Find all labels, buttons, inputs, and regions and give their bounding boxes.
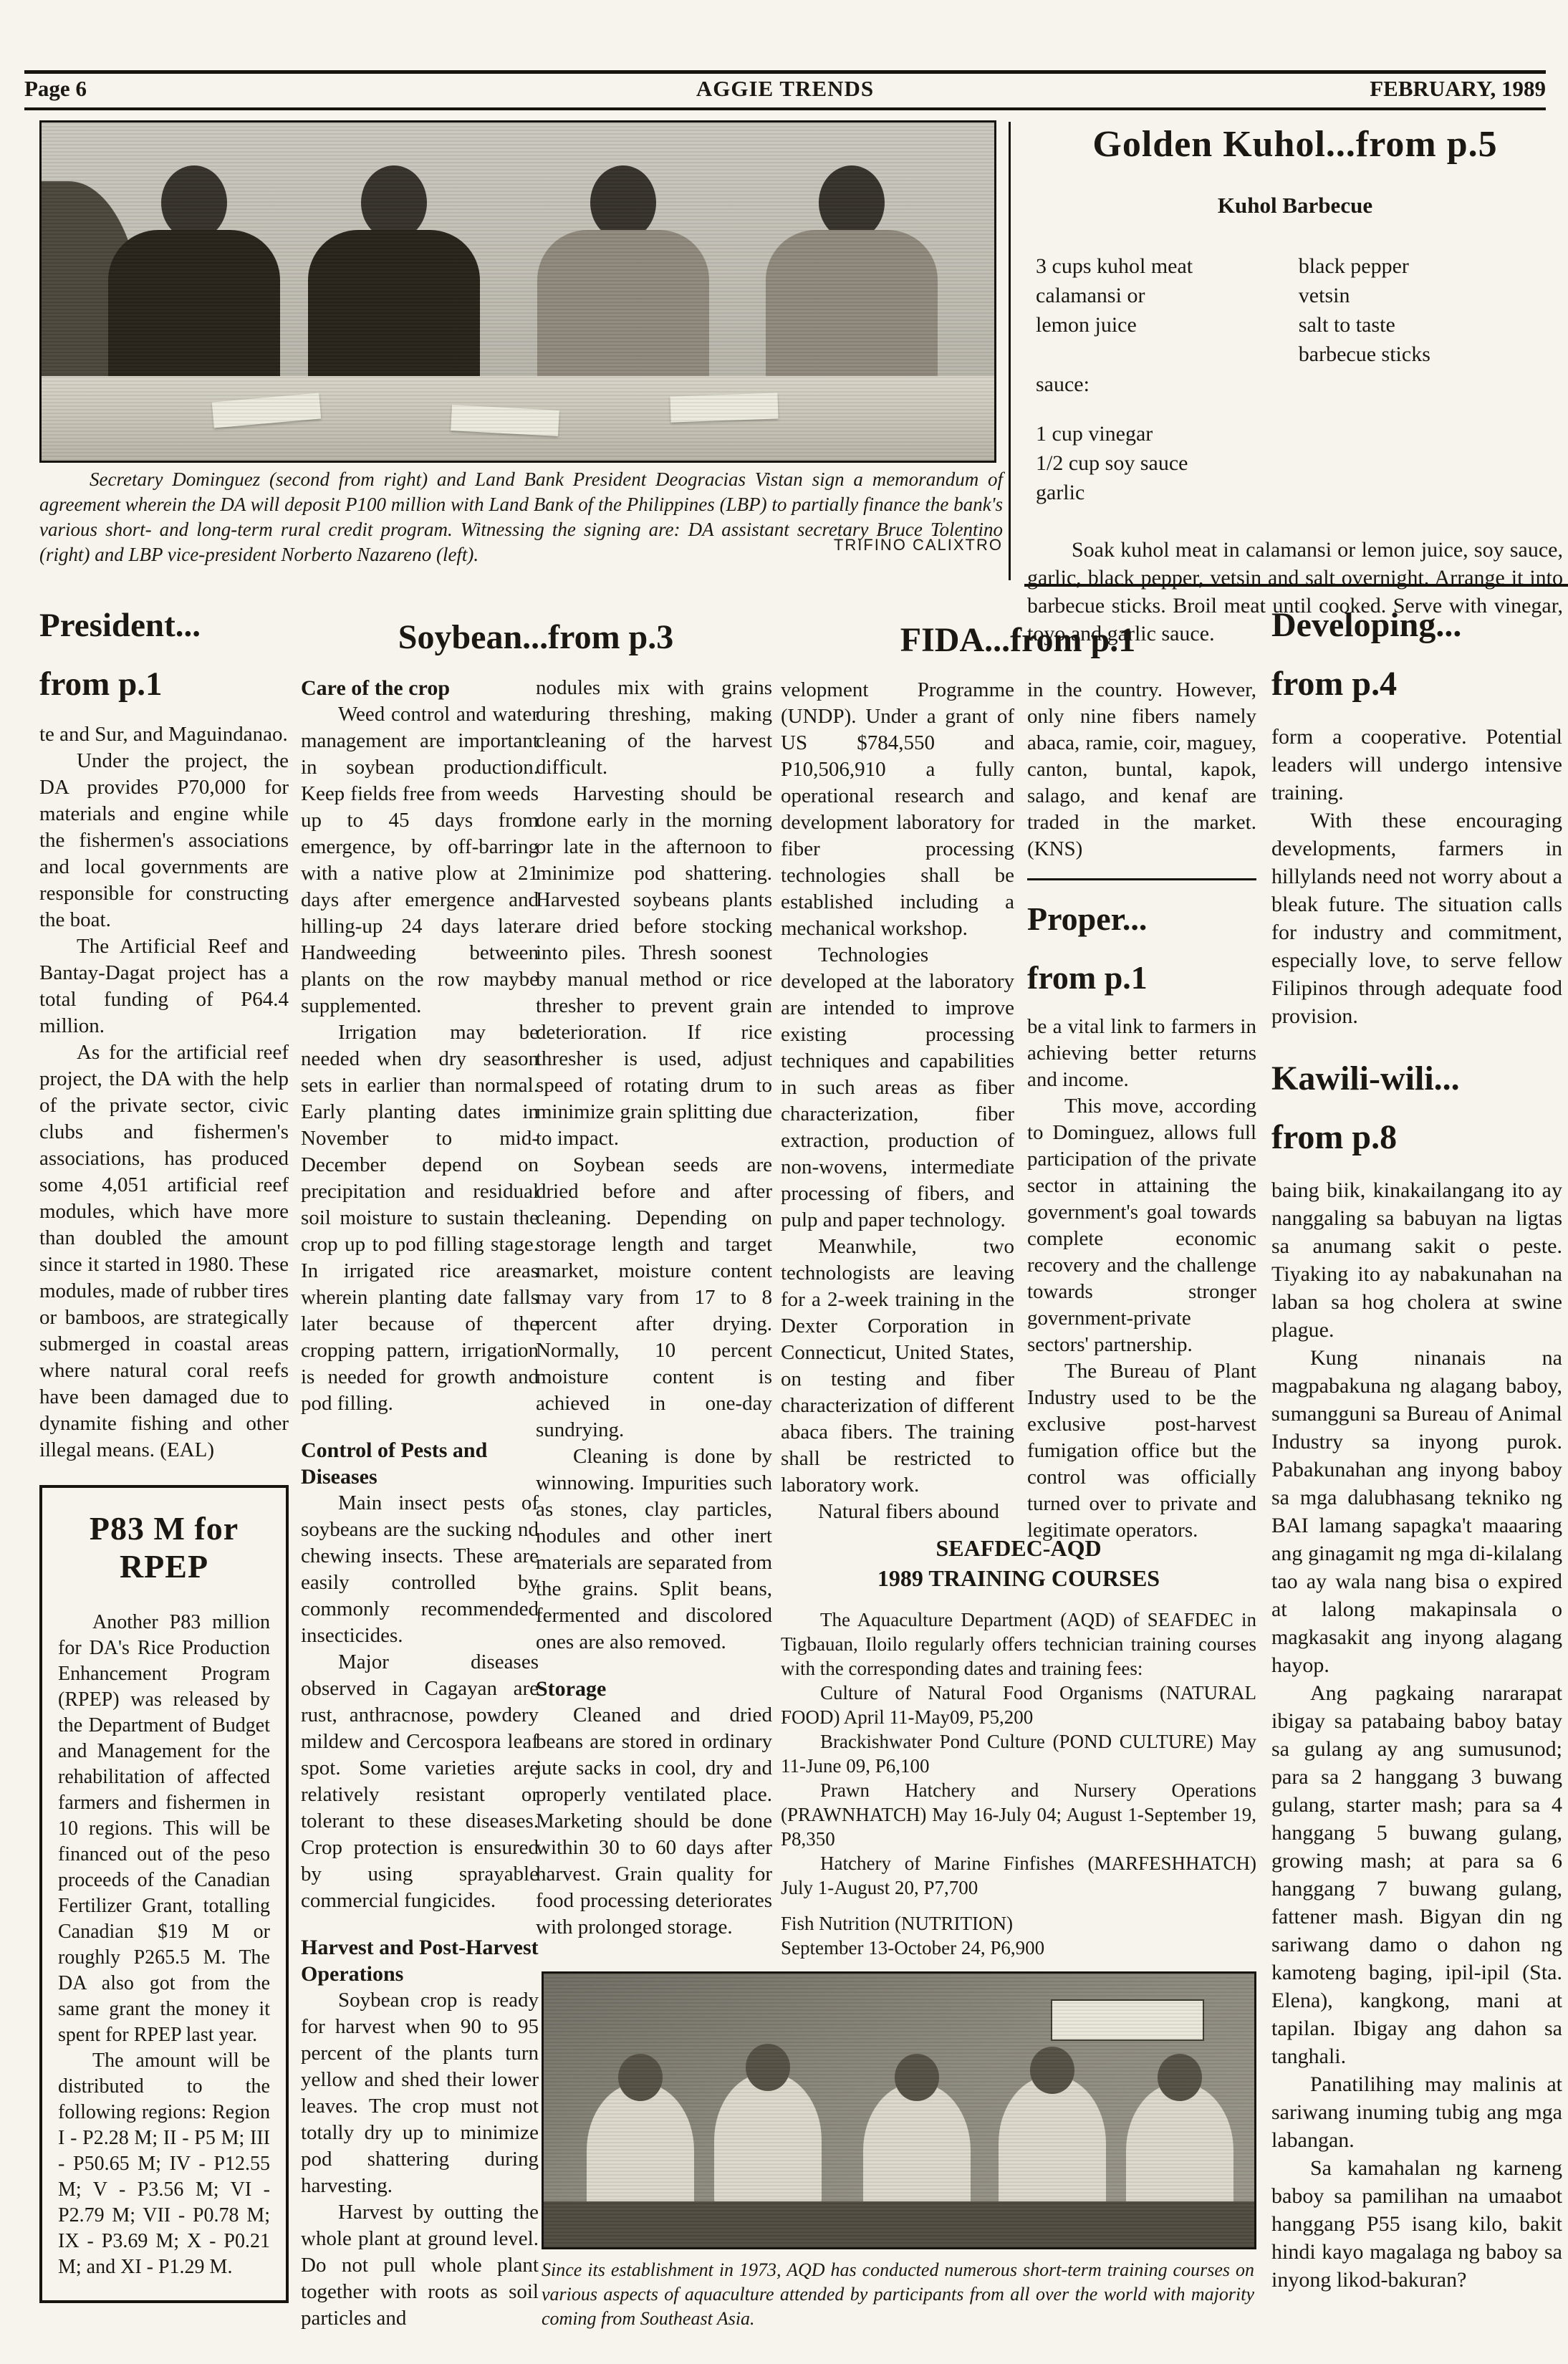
photo-caption: Since its establishment in 1973, AQD has… xyxy=(542,2258,1254,2331)
article-paragraph: Soybean crop is ready for harvest when 9… xyxy=(301,1987,539,2199)
trainee-silhouette xyxy=(587,2082,694,2219)
sauce-label: sauce: xyxy=(1036,370,1280,399)
recipe-title: Kuhol Barbecue xyxy=(1027,193,1563,218)
article-paragraph: Technologies developed at the laboratory… xyxy=(781,942,1014,1234)
section-rule xyxy=(1027,878,1256,880)
training-session-photo xyxy=(542,1971,1256,2249)
person-silhouette xyxy=(108,165,280,380)
article-paragraph: Natural fibers abound xyxy=(781,1499,1014,1525)
article-continued-line: from p.1 xyxy=(39,664,289,704)
course-item: Fish Nutrition (NUTRITION) xyxy=(781,1911,1256,1936)
course-item: Brackishwater Pond Culture (POND CULTURE… xyxy=(781,1729,1256,1778)
article-paragraph: Kung ninanais na magpabakuna ng alagang … xyxy=(1271,1344,1562,1679)
person-silhouette xyxy=(537,165,709,380)
article-paragraph: Panatilihing may malinis at sariwang inu… xyxy=(1271,2070,1562,2154)
article-headline: President... xyxy=(39,605,289,645)
course-item: Culture of Natural Food Organisms (NATUR… xyxy=(781,1681,1256,1729)
article-fida-col1: velopment Programme (UNDP). Under a gran… xyxy=(781,677,1014,1525)
article-paragraph: Another P83 million for DA's Rice Produc… xyxy=(58,1610,270,2048)
article-proper: Proper... from p.1 xyxy=(1027,899,1256,998)
article-soybean-col1: Care of the crop Weed control and water … xyxy=(301,675,539,2332)
article-continued-line: from p.8 xyxy=(1271,1118,1562,1158)
ingredient: 1/2 cup soy sauce xyxy=(1036,448,1280,478)
article-paragraph: Cleaned and dried beans are stored in or… xyxy=(536,1702,772,1941)
article-subhead: Harvest and Post-Harvest Operations xyxy=(301,1934,539,1987)
header-rule-top xyxy=(24,70,1546,74)
article-paragraph: Irrigation may be needed when dry season… xyxy=(301,1019,539,1417)
trainee-silhouette xyxy=(999,2075,1106,2211)
article-paragraph: The Aquaculture Department (AQD) of SEAF… xyxy=(781,1608,1256,1681)
article-paragraph: be a vital link to farmers in achieving … xyxy=(1027,1014,1256,1093)
article-headline-soybean: Soybean...from p.3 xyxy=(301,618,771,657)
article-paragraph: Sa kamahalan ng karneng baboy sa pamilih… xyxy=(1271,2154,1562,2294)
person-silhouette xyxy=(308,165,480,380)
course-item: Hatchery of Marine Finfishes (MARFESHHAT… xyxy=(781,1851,1256,1900)
table-shape xyxy=(42,376,994,461)
ingredient: salt to taste xyxy=(1299,310,1563,340)
article-paragraph: Main insect pests of soybeans are the su… xyxy=(301,1490,539,1649)
article-paragraph: baing biik, kinakailangang ito ay nangga… xyxy=(1271,1176,1562,1344)
column-divider-rule xyxy=(1009,122,1011,580)
article-continued-line: from p.1 xyxy=(1027,958,1256,998)
ingredient: lemon juice xyxy=(1036,310,1280,340)
ingredient: barbecue sticks xyxy=(1299,340,1563,369)
article-golden-kuhol: Golden Kuhol...from p.5 Kuhol Barbecue 3… xyxy=(1027,123,1563,648)
person-silhouette xyxy=(766,165,938,380)
article-paragraph: velopment Programme (UNDP). Under a gran… xyxy=(781,677,1014,942)
article-president: President... from p.1 te and Sur, and Ma… xyxy=(39,605,289,2303)
course-item: September 13-October 24, P6,900 xyxy=(781,1936,1256,1960)
article-paragraph: te and Sur, and Maguindanao. xyxy=(39,721,289,748)
article-paragraph: Cleaning is done by winnowing. Impuritie… xyxy=(536,1443,772,1656)
article-paragraph: This move, according to Dominguez, allow… xyxy=(1027,1093,1256,1358)
article-seafdec-training: SEAFDEC-AQD 1989 TRAINING COURSES The Aq… xyxy=(781,1533,1256,1960)
article-paragraph: Major diseases observed in Cagayan are r… xyxy=(301,1649,539,1914)
article-headline: Golden Kuhol...from p.5 xyxy=(1027,123,1563,165)
ingredient: 1 cup vinegar xyxy=(1036,419,1280,448)
article-paragraph: The amount will be distributed to the fo… xyxy=(58,2048,270,2280)
article-fida-col2: in the country. However, only nine fiber… xyxy=(1027,677,1256,1544)
article-headline: SEAFDEC-AQD xyxy=(781,1533,1256,1563)
trainee-silhouette xyxy=(1126,2082,1233,2219)
article-paragraph: The Bureau of Plant Industry used to be … xyxy=(1027,1358,1256,1544)
article-subhead: Control of Pests and Diseases xyxy=(301,1437,539,1490)
article-subhead: Care of the crop xyxy=(301,675,539,701)
article-soybean-col2: nodules mix with grains during threshing… xyxy=(536,675,772,1941)
article-paragraph: nodules mix with grains during threshing… xyxy=(536,675,772,781)
article-paragraph: Weed control and water management are im… xyxy=(301,701,539,1019)
article-headline: Developing... xyxy=(1271,605,1562,645)
article-headline: Proper... xyxy=(1027,899,1256,939)
article-paragraph: Meanwhile, two technologists are leaving… xyxy=(781,1234,1014,1499)
ingredient: vetsin xyxy=(1299,281,1563,310)
article-headline: 1989 TRAINING COURSES xyxy=(781,1563,1256,1593)
article-headline: Kawili-wili... xyxy=(1271,1059,1562,1099)
ingredient: 3 cups kuhol meat xyxy=(1036,251,1280,281)
course-item: Prawn Hatchery and Nursery Operations (P… xyxy=(781,1778,1256,1851)
article-headline: P83 M for RPEP xyxy=(58,1509,270,1585)
article-paragraph: As for the artificial reef project, the … xyxy=(39,1039,289,1464)
article-headline-fida: FIDA...from p.1 xyxy=(781,620,1255,660)
article-paragraph: Ang pagkaing nararapat ibigay sa patabai… xyxy=(1271,1679,1562,2070)
ingredient: garlic xyxy=(1036,478,1280,507)
article-paragraph: Harvesting should be done early in the m… xyxy=(536,781,772,1152)
trainee-silhouette xyxy=(863,2082,971,2219)
newspaper-page: Page 6 AGGIE TRENDS FEBRUARY, 1989 Secre… xyxy=(0,0,1568,2364)
article-paragraph: Soybean seeds are dried before and after… xyxy=(536,1152,772,1443)
photo-credit: TRIFINO CALIXTRO xyxy=(759,536,1003,554)
article-developing-kawili: Developing... from p.4 form a cooperativ… xyxy=(1271,605,1562,2294)
issue-date: FEBRUARY, 1989 xyxy=(1370,76,1546,102)
trainee-silhouette xyxy=(714,2072,822,2209)
ingredient: black pepper xyxy=(1299,251,1563,281)
article-paragraph: With these encouraging developments, far… xyxy=(1271,807,1562,1030)
section-rule xyxy=(1024,584,1568,587)
signing-ceremony-photo xyxy=(39,120,996,463)
article-paragraph: form a cooperative. Potential leaders wi… xyxy=(1271,723,1562,807)
masthead-row: Page 6 AGGIE TRENDS FEBRUARY, 1989 xyxy=(24,75,1546,106)
article-kawili: Kawili-wili... from p.8 xyxy=(1271,1059,1562,1158)
masthead-title: AGGIE TRENDS xyxy=(24,76,1546,102)
signboard-shape xyxy=(1051,1999,1204,2041)
article-paragraph: Under the project, the DA provides P70,0… xyxy=(39,748,289,933)
article-rpep-box: P83 M for RPEP Another P83 million for D… xyxy=(39,1485,289,2303)
header-rule-bottom xyxy=(24,107,1546,110)
article-continued-line: from p.4 xyxy=(1271,664,1562,704)
ingredient: calamansi or xyxy=(1036,281,1280,310)
photo-foliage-shape xyxy=(39,181,142,418)
article-subhead: Storage xyxy=(536,1676,772,1702)
bench-shape xyxy=(544,2201,1254,2247)
ingredients-list: 3 cups kuhol meat calamansi or lemon jui… xyxy=(1027,251,1563,507)
article-paragraph: Harvest by outting the whole plant at gr… xyxy=(301,2199,539,2332)
article-paragraph: in the country. However, only nine fiber… xyxy=(1027,677,1256,863)
article-paragraph: The Artificial Reef and Bantay-Dagat pro… xyxy=(39,933,289,1039)
